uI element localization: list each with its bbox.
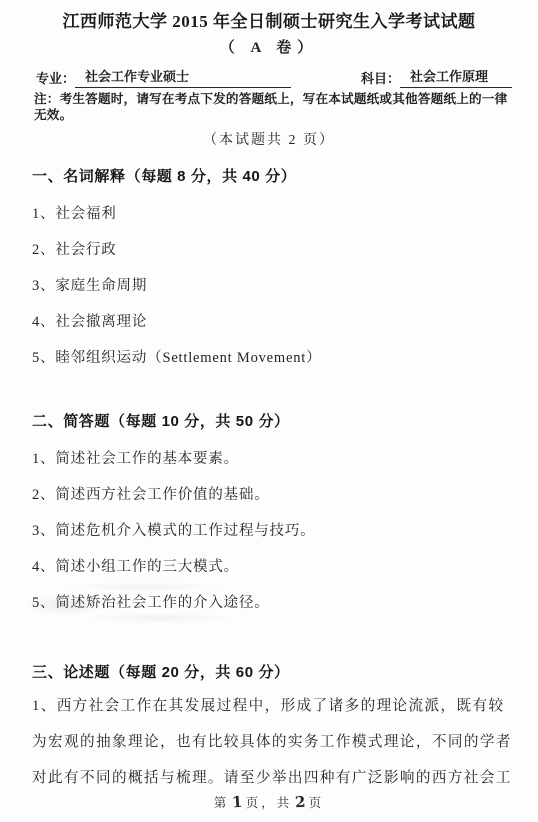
page-footer: 第1页，共2页 bbox=[0, 793, 538, 811]
essay-question-paragraph: 1、西方社会工作在其发展过程中，形成了诸多的理论流派，既有较 为宏观的抽象理论，… bbox=[32, 688, 512, 796]
paper-variant-label: （ A 卷） bbox=[0, 38, 538, 58]
section-short-answers: 二、简答题（每题 10 分，共 50 分） 1、简述社会工作的基本要素。 2、简… bbox=[32, 412, 512, 612]
footer-suffix: 页 bbox=[309, 796, 325, 810]
essay-line: 1、西方社会工作在其发展过程中，形成了诸多的理论流派，既有较 bbox=[32, 688, 512, 724]
exam-info-row: 专业： 社会工作专业硕士 科目： 社会工作原理 bbox=[36, 68, 512, 88]
total-pages-number: 2 bbox=[292, 792, 310, 811]
question-item: 4、简述小组工作的三大模式。 bbox=[32, 558, 512, 576]
footer-prefix: 第 bbox=[214, 796, 230, 810]
section-heading: 一、名词解释（每题 8 分，共 40 分） bbox=[32, 167, 512, 187]
subject-value: 社会工作原理 bbox=[400, 68, 512, 88]
major-label: 专业： bbox=[36, 70, 75, 88]
exam-paper-page: 江西师范大学 2015 年全日制硕士研究生入学考试试题 （ A 卷） 专业： 社… bbox=[0, 0, 538, 822]
exam-title: 江西师范大学 2015 年全日制硕士研究生入学考试试题 bbox=[0, 11, 538, 33]
major-field: 专业： 社会工作专业硕士 bbox=[36, 68, 291, 88]
total-pages-note: （本试题共 2 页） bbox=[0, 132, 538, 150]
subject-field: 科目： 社会工作原理 bbox=[361, 68, 512, 88]
essay-line: 对此有不同的概括与梳理。请至少举出四种有广泛影响的西方社会工 bbox=[32, 760, 512, 796]
candidate-instruction-note: 注：考生答题时，请写在考点下发的答题纸上，写在本试题纸或其他答题纸上的一律无效。 bbox=[34, 91, 514, 123]
question-item: 2、简述西方社会工作价值的基础。 bbox=[32, 486, 512, 504]
essay-line: 为宏观的抽象理论，也有比较具体的实务工作模式理论，不同的学者 bbox=[32, 724, 512, 760]
section-heading: 三、论述题（每题 20 分，共 60 分） bbox=[32, 663, 512, 683]
section-term-definitions: 一、名词解释（每题 8 分，共 40 分） 1、社会福利 2、社会行政 3、家庭… bbox=[32, 167, 512, 367]
scan-smudge bbox=[60, 610, 260, 626]
subject-label: 科目： bbox=[361, 70, 400, 88]
question-item: 3、家庭生命周期 bbox=[32, 277, 512, 295]
major-value: 社会工作专业硕士 bbox=[75, 68, 291, 88]
section-heading: 二、简答题（每题 10 分，共 50 分） bbox=[32, 412, 512, 432]
current-page-number: 1 bbox=[229, 792, 247, 811]
question-item: 5、睦邻组织运动（Settlement Movement） bbox=[32, 349, 512, 367]
question-item: 2、社会行政 bbox=[32, 241, 512, 259]
question-item: 5、简述矫治社会工作的介入途径。 bbox=[32, 594, 512, 612]
footer-middle: 页，共 bbox=[246, 796, 293, 810]
question-item: 1、简述社会工作的基本要素。 bbox=[32, 450, 512, 468]
question-item: 3、简述危机介入模式的工作过程与技巧。 bbox=[32, 522, 512, 540]
question-item: 1、社会福利 bbox=[32, 205, 512, 223]
question-item: 4、社会撤离理论 bbox=[32, 313, 512, 331]
section-essay-questions: 三、论述题（每题 20 分，共 60 分） 1、西方社会工作在其发展过程中，形成… bbox=[32, 663, 512, 796]
